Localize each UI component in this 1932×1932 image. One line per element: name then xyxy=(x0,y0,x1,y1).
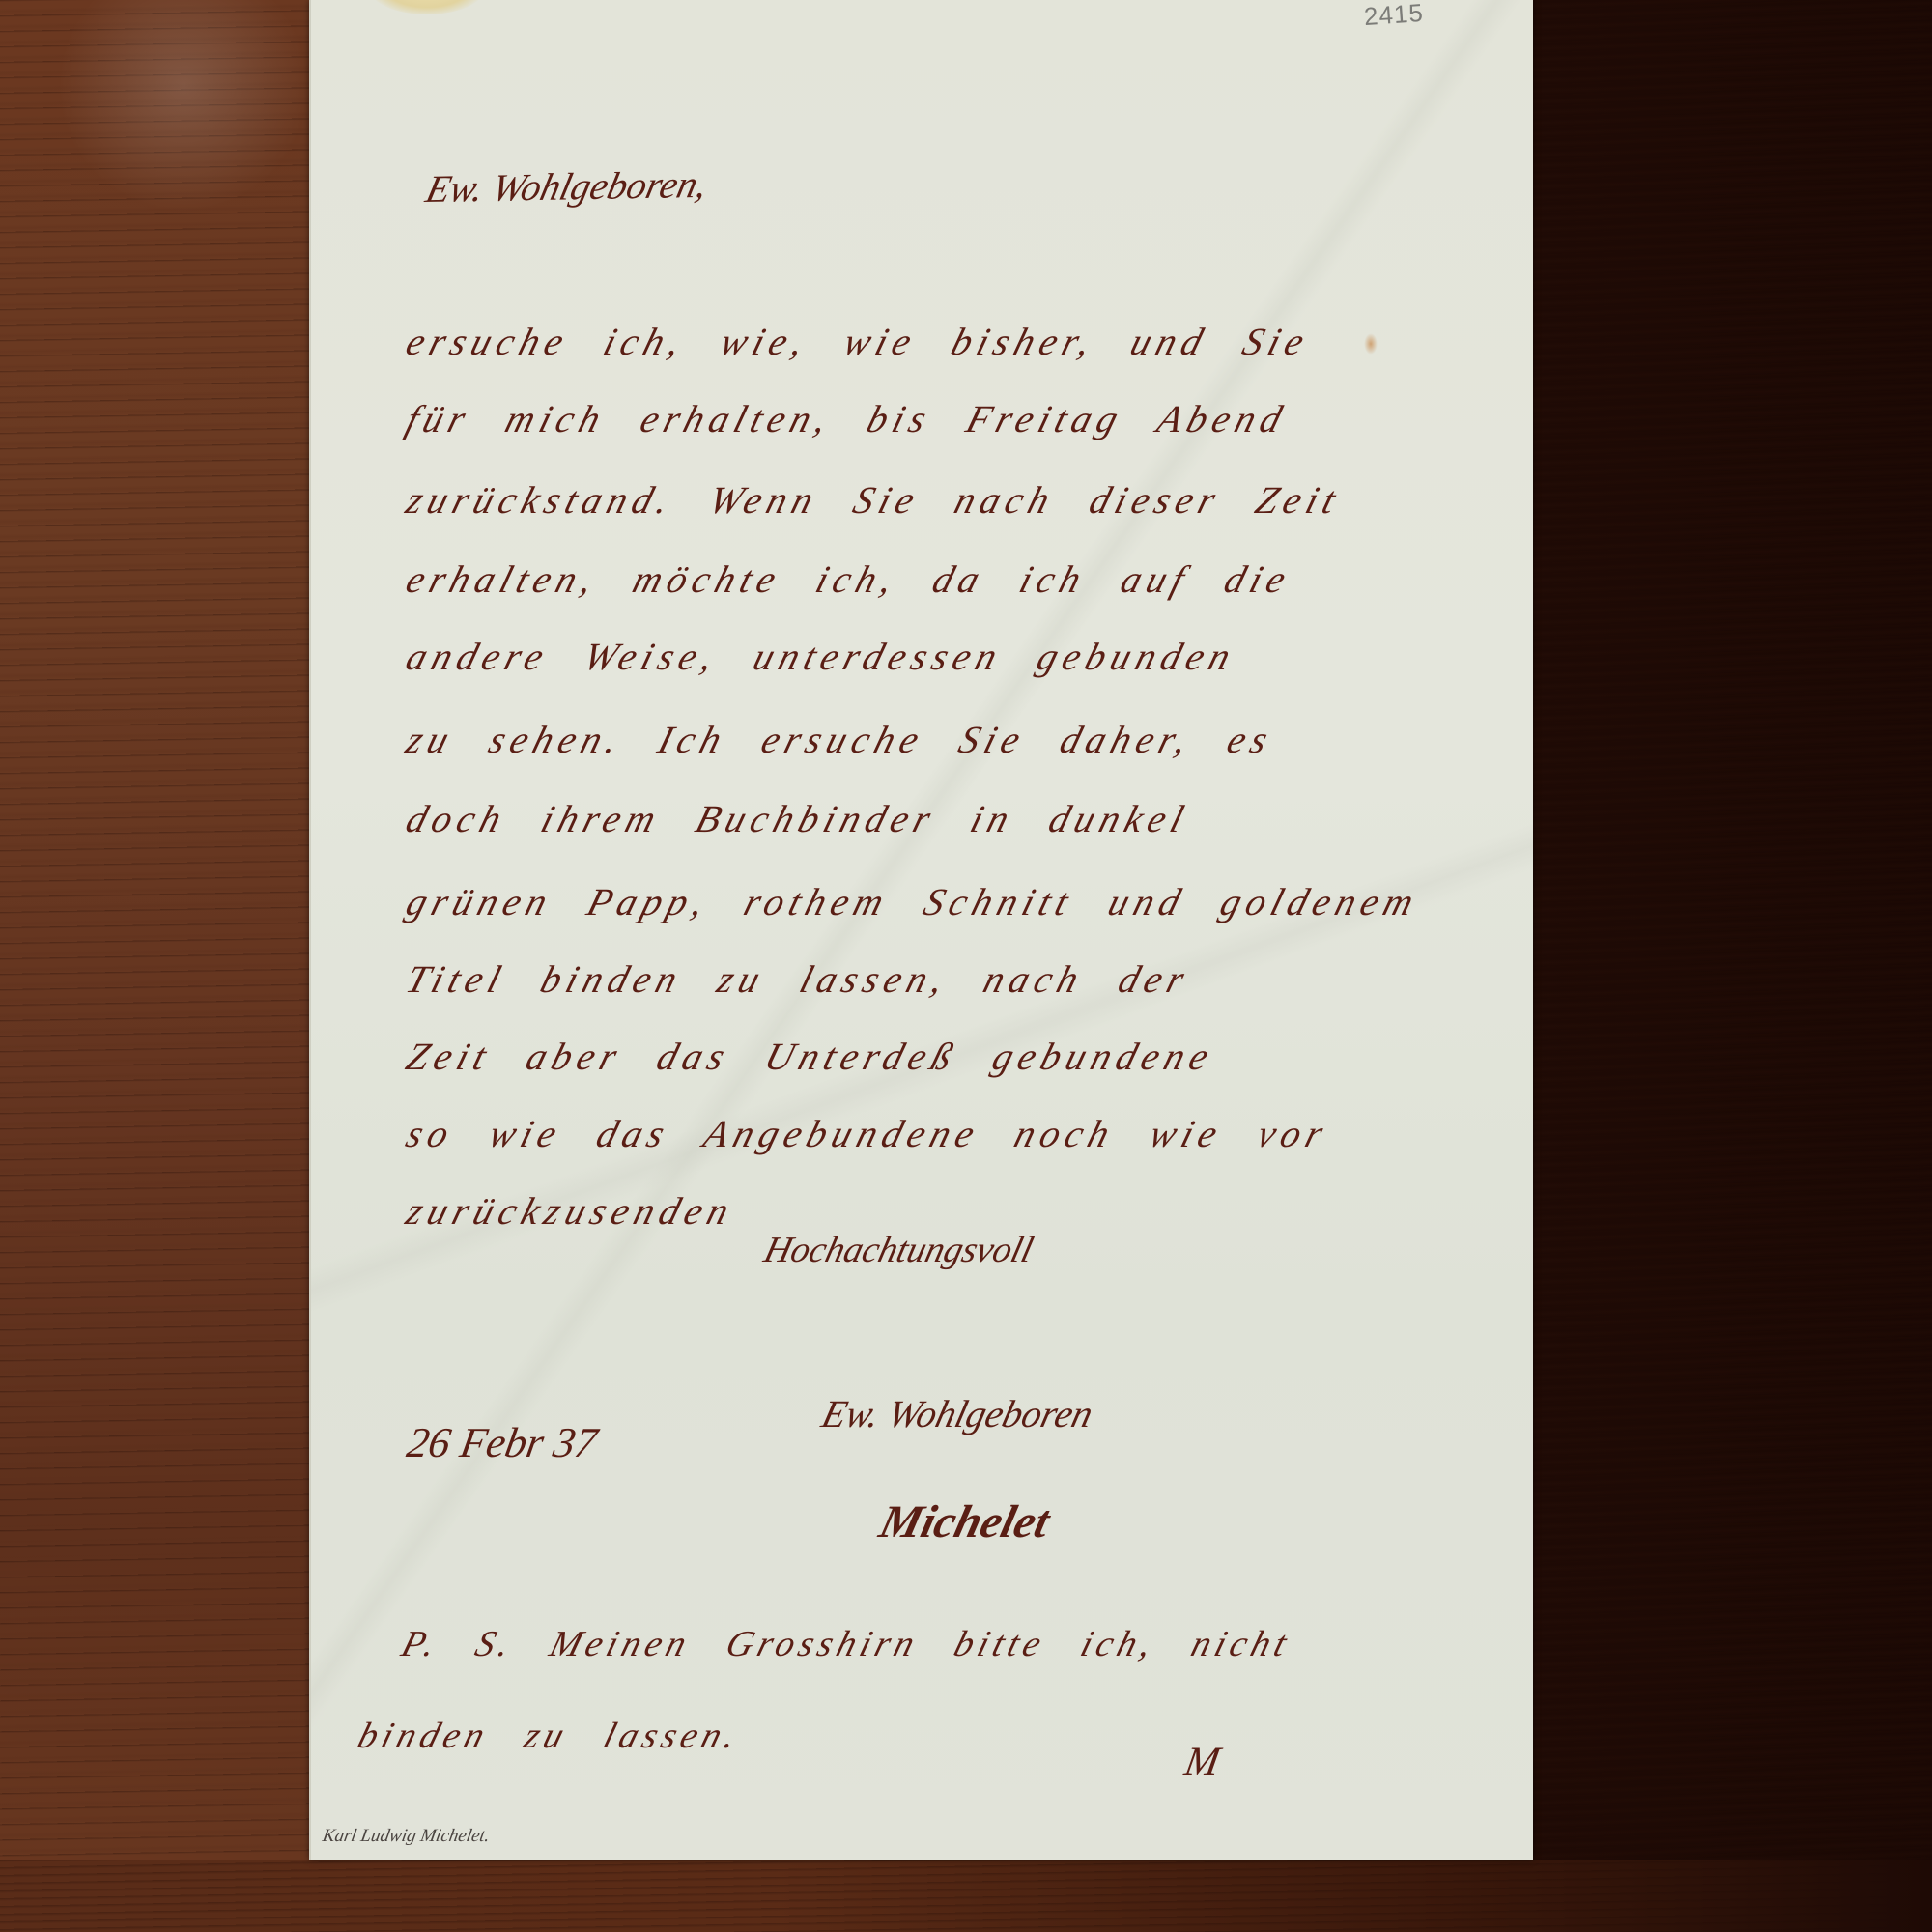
body-line: Zeit aber das Unterdeß gebundene xyxy=(401,1034,1219,1079)
body-line: andere Weise, unterdessen gebunden xyxy=(401,634,1241,679)
body-line: zurückstand. Wenn Sie nach dieser Zeit xyxy=(401,477,1347,523)
postscript-line: binden zu lassen. xyxy=(354,1715,746,1757)
letter-sheet: 2415 Ew. Wohlgeboren, ersuche ich, wie, … xyxy=(309,0,1533,1860)
archive-number: 2415 xyxy=(1363,0,1425,32)
body-line: grünen Papp, rothem Schnitt und goldenem xyxy=(401,879,1425,924)
postscript-initial: M xyxy=(1181,1739,1223,1785)
body-line: so wie das Angebundene noch wie vor xyxy=(401,1111,1334,1156)
wood-table-left xyxy=(0,0,319,1932)
body-line: erhalten, möchte ich, da ich auf die xyxy=(401,556,1296,602)
foxing-spot xyxy=(1364,333,1378,355)
letter-date: 26 Febr 37 xyxy=(404,1418,602,1467)
body-line: Titel binden zu lassen, nach der xyxy=(401,956,1195,1002)
pencil-annotation: Karl Ludwig Michelet. xyxy=(321,1826,491,1847)
wood-table-bottom xyxy=(0,1860,1932,1932)
closing-phrase: Hochachtungsvoll xyxy=(760,1229,1037,1271)
table-glare xyxy=(58,0,309,213)
body-line: für mich erhalten, bis Freitag Abend xyxy=(401,396,1293,441)
body-line: doch ihrem Buchbinder in dunkel xyxy=(401,796,1194,841)
body-line: zu sehen. Ich ersuche Sie daher, es xyxy=(401,717,1279,762)
body-line: zurückzusenden xyxy=(401,1188,740,1234)
salutation: Ew. Wohlgeboren, xyxy=(422,161,713,212)
paper-stain xyxy=(369,0,485,14)
signature: Michelet xyxy=(874,1495,1055,1548)
signature-formula: Ew. Wohlgeboren xyxy=(817,1391,1097,1436)
postscript-line: P. S. Meinen Grosshirn bitte ich, nicht xyxy=(397,1623,1296,1665)
body-line: ersuche ich, wie, wie bisher, und Sie xyxy=(401,319,1315,364)
